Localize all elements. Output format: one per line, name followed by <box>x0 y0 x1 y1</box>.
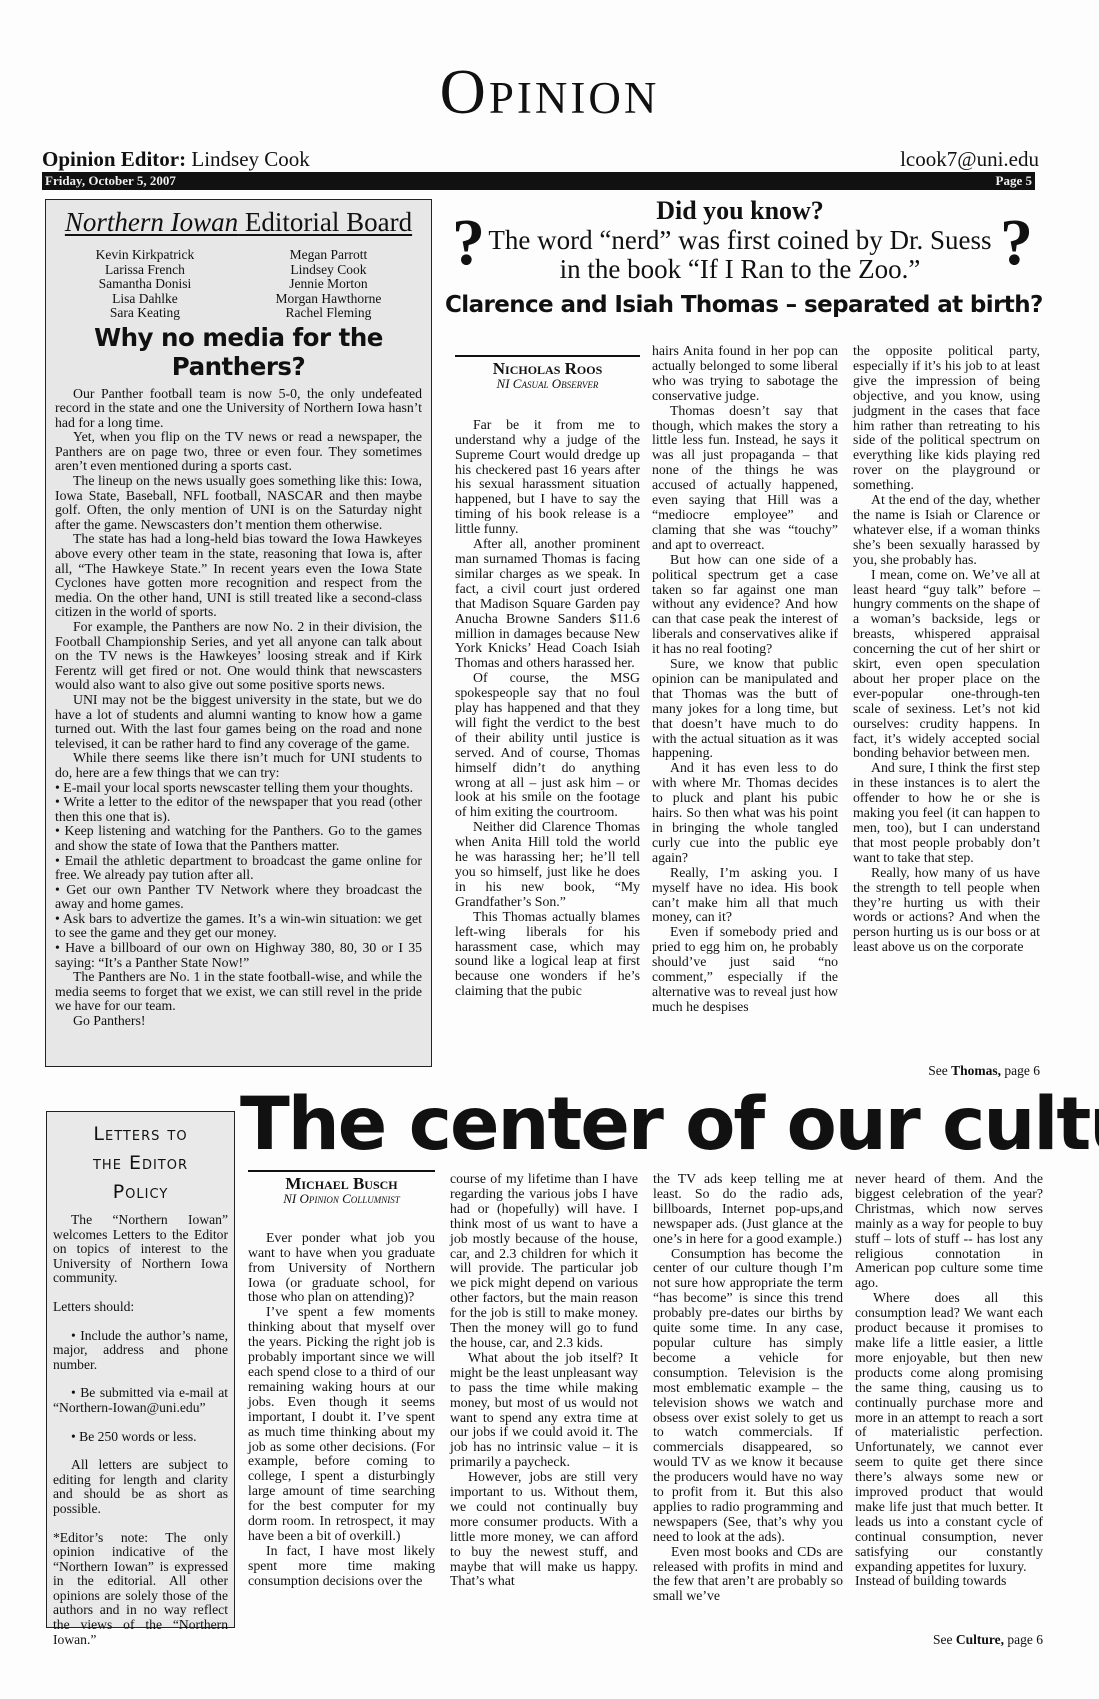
editor-name: Lindsey Cook <box>191 147 309 171</box>
paragraph: UNI may not be the biggest university in… <box>55 693 422 751</box>
bullet-item: • Have a billboard of our own on Highway… <box>55 941 422 970</box>
paragraph: Thomas doesn’t say that though, which ma… <box>652 404 838 553</box>
board-column-right: Megan Parrott Lindsey Cook Jennie Morton… <box>275 248 381 321</box>
page-number: Page 5 <box>996 173 1032 189</box>
paragraph: Far be it from me to understand why a ju… <box>455 418 640 537</box>
editor-label: Opinion Editor: <box>42 147 186 171</box>
editorial-board-box: Northern Iowan Editorial Board Kevin Kir… <box>45 199 432 1067</box>
bullet-item: • E-mail your local sports newscaster te… <box>55 781 422 796</box>
letters-policy-body: The “Northern Iowan” welcomes Letters to… <box>53 1213 228 1647</box>
paragraph: Yet, when you flip on the TV news or rea… <box>55 430 422 474</box>
paragraph: In fact, I have most likely spent more t… <box>248 1544 435 1589</box>
paragraph: Even if somebody pried and pried to egg … <box>652 925 838 1014</box>
paragraph: never heard of them. And the biggest cel… <box>855 1172 1043 1291</box>
author-name: Nicholas Roos <box>455 362 640 377</box>
continued-link-thomas[interactable]: See Thomas, page 6 <box>853 1063 1040 1079</box>
thomas-headline: Clarence and Isiah Thomas – separated at… <box>445 292 1045 318</box>
byline-rule <box>248 1170 435 1172</box>
editor-email[interactable]: lcook7@uni.edu <box>900 147 1039 172</box>
board-member: Sara Keating <box>96 306 195 321</box>
paragraph: While there seems like there isn’t much … <box>55 751 422 780</box>
rule-item: • Include the author’s name, major, addr… <box>53 1329 228 1373</box>
paragraph: Neither did Clarence Thomas when Anita H… <box>455 820 640 909</box>
bullet-item: • Get our own Panther TV Network where t… <box>55 883 422 912</box>
editorial-body: Our Panther football team is now 5-0, th… <box>55 387 422 1029</box>
editorial-board-title: Northern Iowan Editorial Board <box>55 207 422 238</box>
paragraph: But how can one side of a political spec… <box>652 553 838 657</box>
title-line: the Editor <box>53 1149 228 1178</box>
letters-policy-title: Letters to the Editor Policy <box>53 1120 228 1207</box>
paragraph: hairs Anita found in her pop can actuall… <box>652 344 838 404</box>
paragraph: And sure, I think the first step in thes… <box>853 761 1040 865</box>
paragraph: the TV ads keep telling me at least. So … <box>653 1172 843 1247</box>
board-members: Kevin Kirkpatrick Larissa French Samanth… <box>55 248 422 321</box>
paragraph: Instead of building towards <box>855 1574 1043 1589</box>
board-member: Lisa Dahlke <box>96 292 195 307</box>
jump-word: Culture, <box>956 1632 1004 1647</box>
paragraph: Even most books and CDs are released wit… <box>653 1545 843 1605</box>
byline-rule <box>455 355 640 357</box>
paragraph: Of course, the MSG spokespeople say that… <box>455 671 640 820</box>
board-member: Jennie Morton <box>275 277 381 292</box>
paragraph: Letters should: <box>53 1300 228 1315</box>
paragraph: After all, another prominent man surname… <box>455 537 640 671</box>
paragraph: The Panthers are No. 1 in the state foot… <box>55 970 422 1014</box>
bullet-item: • Keep listening and watching for the Pa… <box>55 824 422 853</box>
bullet-item: • Ask bars to advertize the games. It’s … <box>55 912 422 941</box>
date-band: Friday, October 5, 2007 Page 5 <box>42 172 1035 190</box>
board-member: Samantha Donisi <box>96 277 195 292</box>
paragraph: Our Panther football team is now 5-0, th… <box>55 387 422 431</box>
culture-col-1: Michael Busch NI Opinion Collumnist Ever… <box>248 1170 435 1589</box>
culture-col-2: course of my lifetime than I have regard… <box>450 1172 638 1589</box>
paragraph: The “Northern Iowan” welcomes Letters to… <box>53 1213 228 1286</box>
paragraph: At the end of the day, whether the name … <box>853 493 1040 568</box>
sign-off: Go Panthers! <box>55 1014 422 1029</box>
paragraph: For example, the Panthers are now No. 2 … <box>55 620 422 693</box>
paragraph: Really, I’m asking you. I myself have no… <box>652 866 838 926</box>
paragraph: I mean, come on. We’ve all at least hear… <box>853 568 1040 762</box>
thomas-col-1: Nicholas Roos NI Casual Observer Far be … <box>455 355 640 999</box>
author-name: Michael Busch <box>248 1177 435 1192</box>
bullet-item: • Email the athletic department to broad… <box>55 854 422 883</box>
paragraph: Ever ponder what job you want to have wh… <box>248 1231 435 1306</box>
continued-link-culture[interactable]: See Culture, page 6 <box>855 1632 1043 1648</box>
thomas-col-2: hairs Anita found in her pop can actuall… <box>652 344 838 1015</box>
jump-word: Thomas, <box>951 1063 1001 1078</box>
issue-date: Friday, October 5, 2007 <box>45 173 176 189</box>
letters-policy-box: Letters to the Editor Policy The “Northe… <box>46 1111 235 1628</box>
title-line: Letters to <box>53 1120 228 1149</box>
board-member: Lindsey Cook <box>275 263 381 278</box>
bullet-item: • Write a letter to the editor of the ne… <box>55 795 422 824</box>
author-title: NI Casual Observer <box>455 377 640 392</box>
paragraph: Sure, we know that public opinion can be… <box>652 657 838 761</box>
editors-note: *Editor’s note: The only opinion indicat… <box>53 1531 228 1648</box>
paragraph: The lineup on the news usually goes some… <box>55 474 422 532</box>
thomas-col-3: the opposite political party, especially… <box>853 344 1040 955</box>
board-column-left: Kevin Kirkpatrick Larissa French Samanth… <box>96 248 195 321</box>
author-title: NI Opinion Collumnist <box>248 1192 435 1207</box>
did-you-know-title: Did you know? <box>440 196 1040 226</box>
paragraph: All letters are subject to editing for l… <box>53 1458 228 1516</box>
culture-col-3: the TV ads keep telling me at least. So … <box>653 1172 843 1604</box>
editorial-headline: Why no media for the Panthers? <box>55 323 422 381</box>
page-ref: page 6 <box>1004 1632 1043 1647</box>
board-member: Larissa French <box>96 263 195 278</box>
paragraph: the opposite political party, especially… <box>853 344 1040 493</box>
page-ref: page 6 <box>1001 1063 1040 1078</box>
rule-item: • Be submitted via e-mail at “Northern-I… <box>53 1386 228 1415</box>
board-member: Morgan Hawthorne <box>275 292 381 307</box>
paragraph: What about the job itself? It might be t… <box>450 1351 638 1470</box>
culture-col-4: never heard of them. And the biggest cel… <box>855 1172 1043 1589</box>
board-member: Kevin Kirkpatrick <box>96 248 195 263</box>
title-line: Policy <box>53 1178 228 1207</box>
see-label: See <box>933 1632 956 1647</box>
opinion-editor: Opinion Editor: Lindsey Cook <box>42 147 310 172</box>
culture-headline: The center of our culture <box>240 1088 1099 1161</box>
see-label: See <box>928 1063 951 1078</box>
paragraph: Really, how many of us have the strength… <box>853 866 1040 955</box>
paragraph: This Thomas actually blames left-wing li… <box>455 910 640 999</box>
section-title: Opinion <box>0 60 1099 124</box>
board-member: Rachel Fleming <box>275 306 381 321</box>
paragraph: Consumption has become the center of our… <box>653 1247 843 1545</box>
paragraph: The state has had a long-held bias towar… <box>55 532 422 620</box>
board-title-rest: Editorial Board <box>238 207 412 237</box>
paragraph: And it has even less to do with where Mr… <box>652 761 838 865</box>
board-member: Megan Parrott <box>275 248 381 263</box>
rule-item: • Be 250 words or less. <box>53 1430 228 1445</box>
paragraph: course of my lifetime than I have regard… <box>450 1172 638 1351</box>
paper-name: Northern Iowan <box>65 207 238 237</box>
paragraph: Where does all this consumption lead? We… <box>855 1291 1043 1574</box>
did-you-know-text: The word “nerd” was first coined by Dr. … <box>480 226 1000 284</box>
paragraph: I’ve spent a few moments thinking about … <box>248 1305 435 1544</box>
paragraph: However, jobs are still very important t… <box>450 1470 638 1589</box>
